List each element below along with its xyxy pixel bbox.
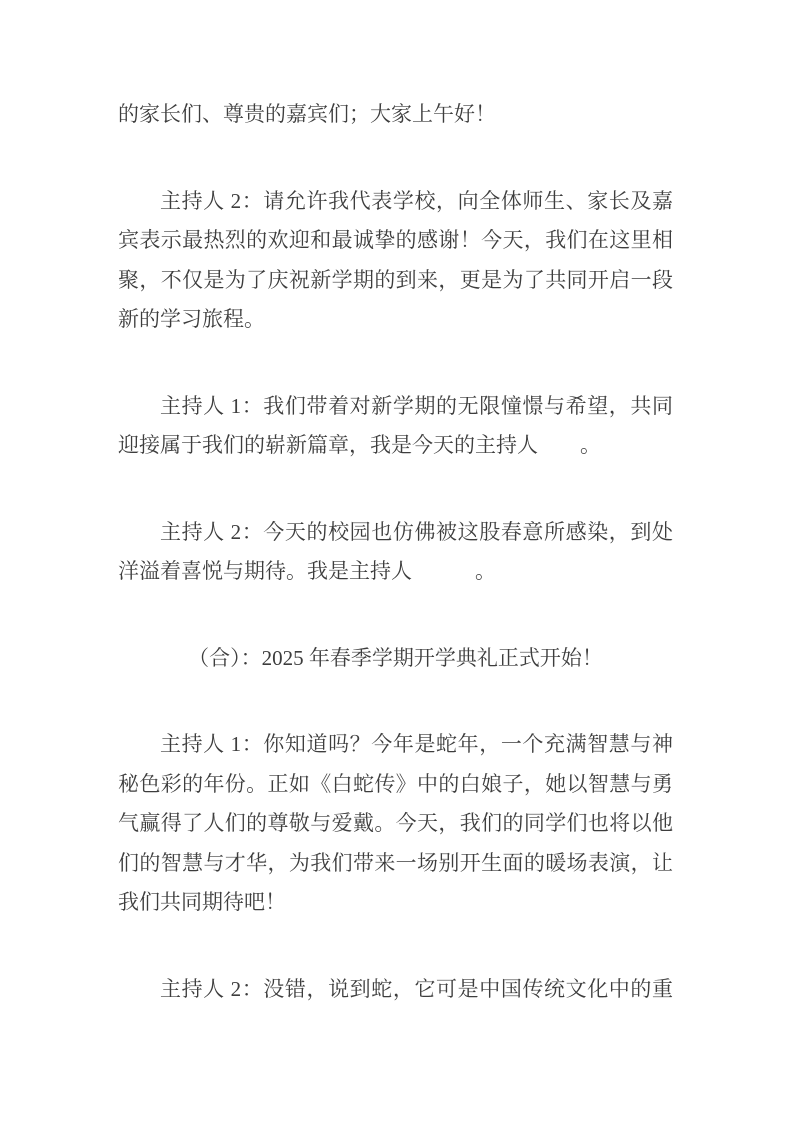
text-line: 我们共同期待吧！ (118, 883, 673, 923)
text-line: 主持人 2：没错，说到蛇，它可是中国传统文化中的重 (118, 970, 673, 1010)
text-line: 宾表示最热烈的欢迎和最诚挚的感谢！今天，我们在这里相 (118, 221, 673, 261)
text-line: 迎接属于我们的崭新篇章，我是今天的主持人 。 (118, 426, 673, 466)
paragraph: 主持人 2：没错，说到蛇，它可是中国传统文化中的重 (118, 970, 673, 1010)
paragraph: 主持人 2：今天的校园也仿佛被这股春意所感染，到处洋溢着喜悦与期待。我是主持人 … (118, 513, 673, 592)
text-line: 秘色彩的年份。正如《白蛇传》中的白娘子，她以智慧与勇 (118, 765, 673, 805)
text-line: 洋溢着喜悦与期待。我是主持人 。 (118, 552, 673, 592)
document-page: 的家长们、尊贵的嘉宾们；大家上午好！主持人 2：请允许我代表学校，向全体师生、家… (0, 0, 793, 1122)
text-line: 聚，不仅是为了庆祝新学期的到来，更是为了共同开启一段 (118, 261, 673, 301)
text-line: 气赢得了人们的尊敬与爱戴。今天，我们的同学们也将以他 (118, 804, 673, 844)
text-line: 主持人 1：我们带着对新学期的无限憧憬与希望，共同 (118, 387, 673, 427)
text-line: 的家长们、尊贵的嘉宾们；大家上午好！ (118, 95, 673, 135)
text-line: 主持人 2：今天的校园也仿佛被这股春意所感染，到处 (118, 513, 673, 553)
text-line: 主持人 1：你知道吗？今年是蛇年，一个充满智慧与神 (118, 725, 673, 765)
text-line: 们的智慧与才华，为我们带来一场别开生面的暖场表演，让 (118, 844, 673, 884)
paragraph: 主持人 2：请允许我代表学校，向全体师生、家长及嘉宾表示最热烈的欢迎和最诚挚的感… (118, 182, 673, 340)
paragraph: 主持人 1：你知道吗？今年是蛇年，一个充满智慧与神秘色彩的年份。正如《白蛇传》中… (118, 725, 673, 923)
text-line: 新的学习旅程。 (118, 300, 673, 340)
text-line: （合）：2025 年春季学期开学典礼正式开始！ (118, 639, 673, 679)
paragraph: 的家长们、尊贵的嘉宾们；大家上午好！ (118, 95, 673, 135)
paragraph: （合）：2025 年春季学期开学典礼正式开始！ (118, 639, 673, 679)
paragraph: 主持人 1：我们带着对新学期的无限憧憬与希望，共同迎接属于我们的崭新篇章，我是今… (118, 387, 673, 466)
text-line: 主持人 2：请允许我代表学校，向全体师生、家长及嘉 (118, 182, 673, 222)
